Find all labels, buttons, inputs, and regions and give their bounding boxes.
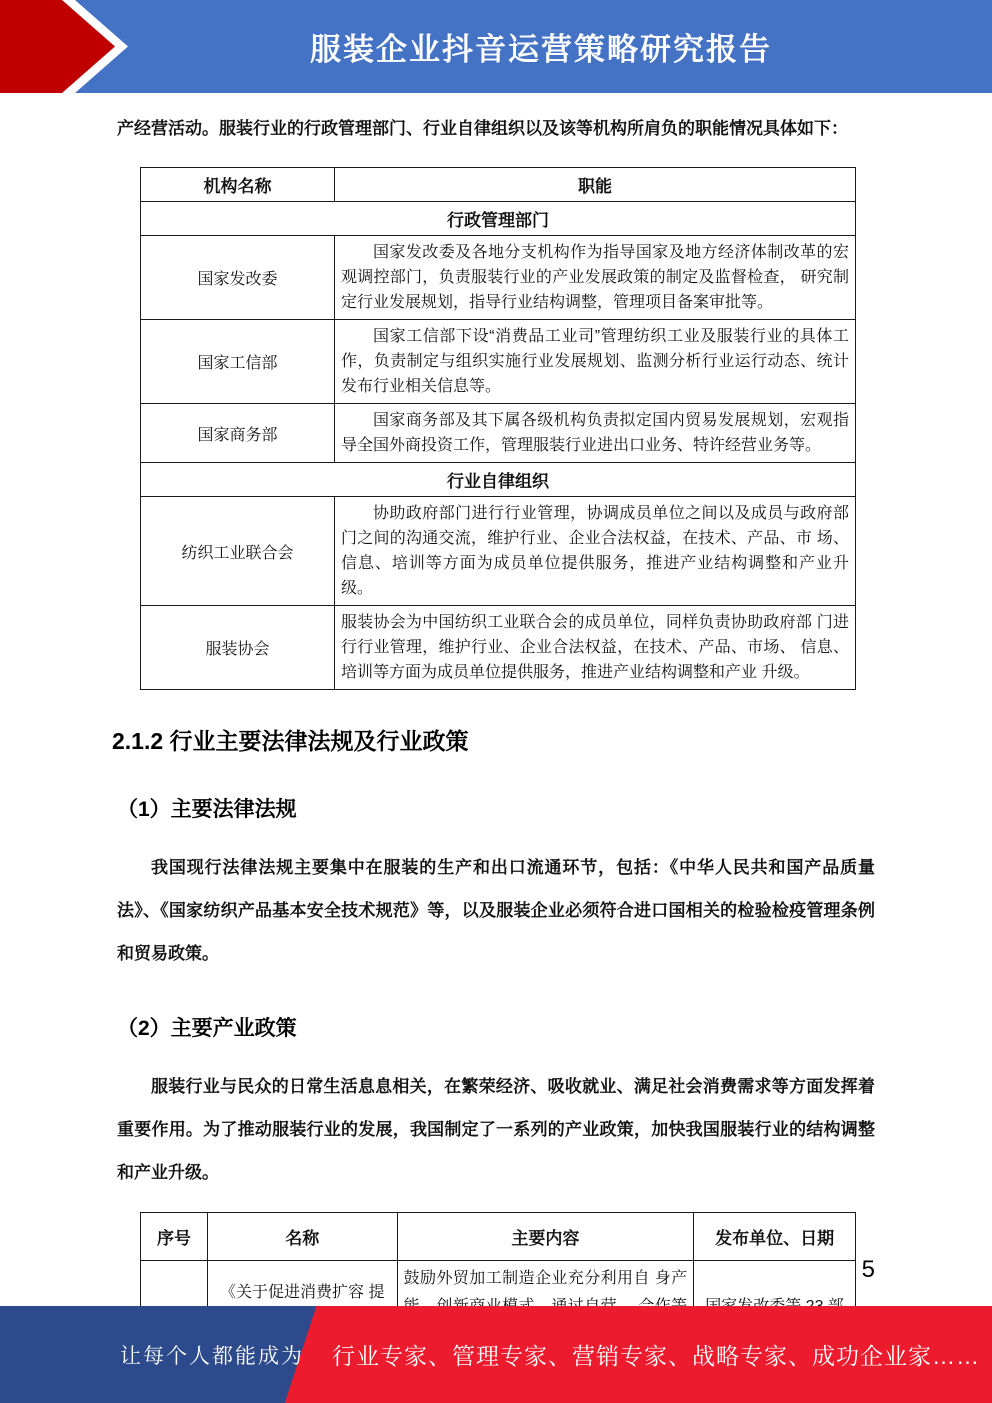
report-title: 服装企业抖音运营策略研究报告 [150,0,932,93]
policies-paragraph: 服装行业与民众的日常生活息息相关，在繁荣经济、吸收就业、满足社会消费需求等方面发… [117,1065,875,1194]
table-header-row: 序号 名称 主要内容 发布单位、日期 [141,1213,856,1261]
page-number: 5 [862,1256,875,1284]
table-row: 国家工信部 国家工信部下设“消费品工业司”管理纺织工业及服装行业的具体工作，负责… [141,320,856,404]
footer-slogan-right: 行业专家、管理专家、营销专家、战略专家、成功企业家…… [332,1306,980,1403]
table-row: 国家发改委 国家发改委及各地分支机构作为指导国家及地方经济体制改革的宏观调控部门… [141,236,856,320]
policy-header-name: 名称 [207,1213,397,1261]
intro-paragraph: 产经营活动。服装行业的行政管理部门、行业自律组织以及该等机构所肩负的职能情况具体… [117,116,875,142]
policy-header-no: 序号 [141,1213,208,1261]
org-desc: 服装协会为中国纺织工业联合会的成员单位，同样负责协助政府部 门进行行业管理，维护… [335,606,856,690]
org-desc: 国家发改委及各地分支机构作为指导国家及地方经济体制改革的宏观调控部门，负责服装行… [335,236,856,320]
org-desc: 国家工信部下设“消费品工业司”管理纺织工业及服装行业的具体工作，负责制定与组织实… [335,320,856,404]
section-heading-212: 2.1.2 行业主要法律法规及行业政策 [112,723,875,756]
org-table-header-name: 机构名称 [141,168,335,202]
red-arrow-icon [0,0,150,93]
table-header-row: 机构名称 职能 [141,168,856,202]
group-label-self-regulation: 行业自律组织 [141,463,856,497]
org-name: 国家商务部 [141,404,335,463]
table-group-row: 行业自律组织 [141,463,856,497]
policy-header-publisher: 发布单位、日期 [694,1213,856,1261]
document-page: 服装企业抖音运营策略研究报告 产经营活动。服装行业的行政管理部门、行业自律组织以… [0,0,992,1403]
content-area: 产经营活动。服装行业的行政管理部门、行业自律组织以及该等机构所肩负的职能情况具体… [117,116,875,1381]
footer-banner: 让每个人都能成为 行业专家、管理专家、营销专家、战略专家、成功企业家…… [0,1306,992,1403]
table-group-row: 行政管理部门 [141,202,856,236]
table-row: 纺织工业联合会 协助政府部门进行行业管理，协调成员单位之间以及成员与政府部门之间… [141,497,856,606]
org-name: 服装协会 [141,606,335,690]
table-row: 服装协会 服装协会为中国纺织工业联合会的成员单位，同样负责协助政府部 门进行行业… [141,606,856,690]
header-banner: 服装企业抖音运营策略研究报告 [0,0,992,93]
subsection-heading-policies: （2）主要产业政策 [117,1012,875,1042]
org-functions-table: 机构名称 职能 行政管理部门 国家发改委 国家发改委及各地分支机构作为指导国家及… [140,167,856,690]
org-name: 国家工信部 [141,320,335,404]
org-desc: 国家商务部及其下属各级机构负责拟定国内贸易发展规划，宏观指导全国外商投资工作，管… [335,404,856,463]
org-desc: 协助政府部门进行行业管理，协调成员单位之间以及成员与政府部门之间的沟通交流，维护… [335,497,856,606]
footer-slogan-left: 让每个人都能成为 [120,1306,304,1403]
org-name: 国家发改委 [141,236,335,320]
policy-header-content: 主要内容 [397,1213,694,1261]
org-name: 纺织工业联合会 [141,497,335,606]
group-label-admin: 行政管理部门 [141,202,856,236]
subsection-heading-laws: （1）主要法律法规 [117,793,875,823]
table-row: 国家商务部 国家商务部及其下属各级机构负责拟定国内贸易发展规划，宏观指导全国外商… [141,404,856,463]
laws-paragraph: 我国现行法律法规主要集中在服装的生产和出口流通环节，包括：《中华人民共和国产品质… [117,846,875,975]
org-table-header-function: 职能 [335,168,856,202]
